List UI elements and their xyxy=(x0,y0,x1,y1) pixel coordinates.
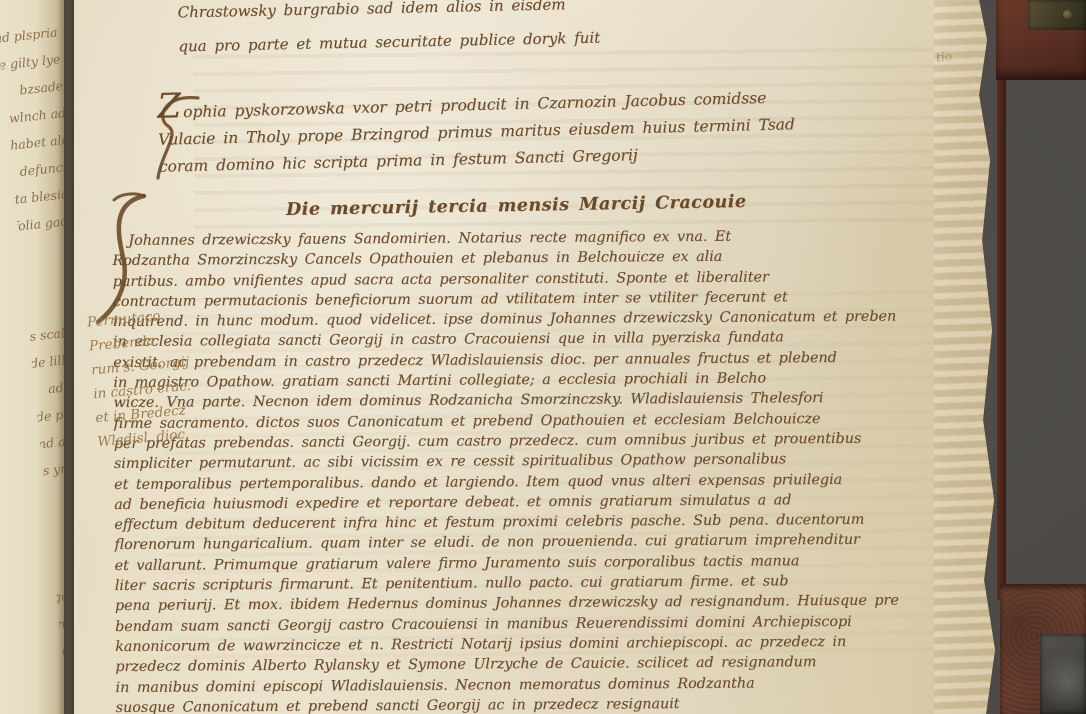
facing-page-text: ad plspriade gilty lyebzsadewlnch adhabe… xyxy=(0,18,64,714)
manuscript-page: Chrastowsky burgrabio sad idem alios in … xyxy=(74,0,1006,714)
book-cover-bottom xyxy=(1000,584,1086,714)
facing-page-edge: ad plspriade gilty lyebzsadewlnch adhabe… xyxy=(0,0,64,714)
cover-edge-line xyxy=(997,55,1006,600)
manuscript-photo: ad plspriade gilty lyebzsadewlnch adhabe… xyxy=(0,0,1086,714)
margin-note: PermutacoPrebendarum s. Georgijin castro… xyxy=(86,296,268,454)
sophia-entry: Zophia pyskorzowska vxor petri producit … xyxy=(157,78,796,181)
clasp-fitting-icon xyxy=(1028,0,1086,30)
top-entry: Chrastowsky burgrabio sad idem alios in … xyxy=(177,0,600,63)
clasp-plate-icon xyxy=(1040,634,1086,714)
rivet-icon xyxy=(1063,10,1072,19)
book-cover-top xyxy=(996,0,1086,80)
facing-page-line: folia gadti xyxy=(16,206,64,239)
